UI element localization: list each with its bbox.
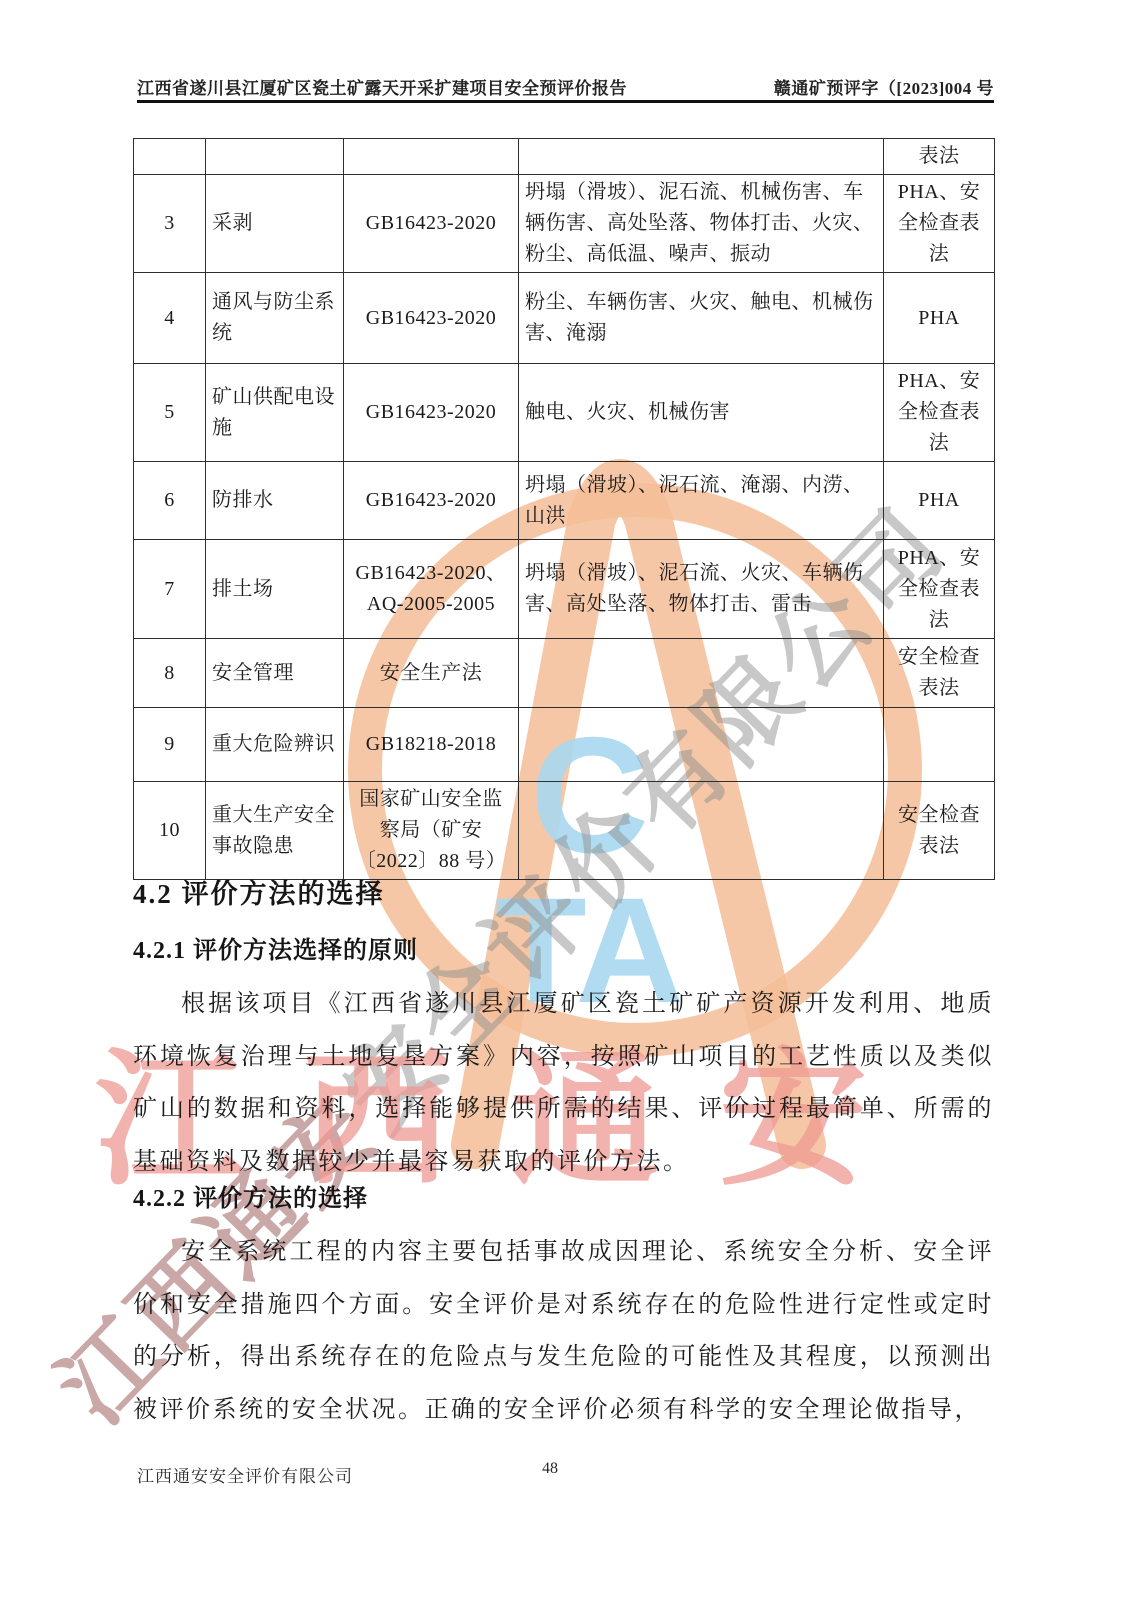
table-row: 7 排土场 GB16423-2020、AQ-2005-2005 坍塌（滑坡）、泥… <box>134 540 995 639</box>
table-cell: 8 <box>134 639 206 708</box>
table-cell: 采剥 <box>206 175 344 273</box>
hazard-evaluation-table: 表法 3 采剥 GB16423-2020 坍塌（滑坡）、泥石流、机械伤害、车辆伤… <box>133 138 995 880</box>
table-cell: 防排水 <box>206 462 344 540</box>
table-cell: 表法 <box>884 139 995 175</box>
table-cell: PHA、安全检查表法 <box>884 175 995 273</box>
table-row: 6 防排水 GB16423-2020 坍塌（滑坡）、泥石流、淹溺、内涝、山洪 P… <box>134 462 995 540</box>
table-cell: PHA、安全检查表法 <box>884 364 995 462</box>
paragraph-4-2-2: 安全系统工程的内容主要包括事故成因理论、系统安全分析、安全评价和安全措施四个方面… <box>133 1226 994 1436</box>
table-cell: 4 <box>134 273 206 364</box>
table-cell <box>519 139 884 175</box>
table-cell: 9 <box>134 708 206 782</box>
table-cell: 重大危险辨识 <box>206 708 344 782</box>
page-number: 48 <box>0 1460 1100 1478</box>
table-cell: 6 <box>134 462 206 540</box>
table-row: 3 采剥 GB16423-2020 坍塌（滑坡）、泥石流、机械伤害、车辆伤害、高… <box>134 175 995 273</box>
table-cell <box>519 708 884 782</box>
section-heading-4-2-1: 4.2.1 评价方法选择的原则 <box>133 930 418 965</box>
table-cell: 5 <box>134 364 206 462</box>
table-cell: PHA <box>884 273 995 364</box>
table-cell: 国家矿山安全监察局（矿安〔2022〕88 号） <box>344 782 519 880</box>
paragraph-4-2-1: 根据该项目《江西省遂川县江厦矿区瓷土矿矿产资源开发利用、地质环境恢复治理与土地复… <box>133 978 994 1188</box>
table-row: 表法 <box>134 139 995 175</box>
document-page: C TA 江西通安安全评价有限公司 江西通安 江西省遂川县江厦矿区瓷土矿露天开采… <box>0 0 1131 1600</box>
table-cell: 安全检查表法 <box>884 782 995 880</box>
page-content: 江西省遂川县江厦矿区瓷土矿露天开采扩建项目安全预评价报告 赣通矿预评字（[202… <box>0 0 1131 1600</box>
table-cell: 粉尘、车辆伤害、火灾、触电、机械伤害、淹溺 <box>519 273 884 364</box>
section-heading-4-2-2: 4.2.2 评价方法的选择 <box>133 1178 368 1213</box>
table-cell: 重大生产安全事故隐患 <box>206 782 344 880</box>
table-cell: PHA、安全检查表法 <box>884 540 995 639</box>
table-cell: 排土场 <box>206 540 344 639</box>
table-cell: 坍塌（滑坡）、泥石流、火灾、车辆伤害、高处坠落、物体打击、雷击 <box>519 540 884 639</box>
table-cell: 安全管理 <box>206 639 344 708</box>
table-cell: GB16423-2020 <box>344 175 519 273</box>
table-cell: PHA <box>884 462 995 540</box>
table-cell <box>206 139 344 175</box>
table-row: 4 通风与防尘系统 GB16423-2020 粉尘、车辆伤害、火灾、触电、机械伤… <box>134 273 995 364</box>
table-cell: GB16423-2020 <box>344 364 519 462</box>
table-cell <box>519 639 884 708</box>
table-cell: GB18218-2018 <box>344 708 519 782</box>
table-cell: 3 <box>134 175 206 273</box>
table-cell: 7 <box>134 540 206 639</box>
table-cell: 坍塌（滑坡）、泥石流、机械伤害、车辆伤害、高处坠落、物体打击、火灾、粉尘、高低温… <box>519 175 884 273</box>
header-document-number: 赣通矿预评字（[2023]004 号 <box>774 74 994 99</box>
table-row: 8 安全管理 安全生产法 安全检查表法 <box>134 639 995 708</box>
section-heading-4-2: 4.2 评价方法的选择 <box>133 872 385 911</box>
header-rule <box>137 100 994 103</box>
table-cell: 10 <box>134 782 206 880</box>
table-cell: GB16423-2020、AQ-2005-2005 <box>344 540 519 639</box>
table-cell: 坍塌（滑坡）、泥石流、淹溺、内涝、山洪 <box>519 462 884 540</box>
table-cell: 安全检查表法 <box>884 639 995 708</box>
table-cell: GB16423-2020 <box>344 462 519 540</box>
page-header: 江西省遂川县江厦矿区瓷土矿露天开采扩建项目安全预评价报告 赣通矿预评字（[202… <box>137 74 994 99</box>
table-cell <box>519 782 884 880</box>
table-row: 9 重大危险辨识 GB18218-2018 <box>134 708 995 782</box>
table-cell: 触电、火灾、机械伤害 <box>519 364 884 462</box>
header-report-title: 江西省遂川县江厦矿区瓷土矿露天开采扩建项目安全预评价报告 <box>137 74 627 99</box>
table-cell: 通风与防尘系统 <box>206 273 344 364</box>
table-cell: GB16423-2020 <box>344 273 519 364</box>
table-row: 10 重大生产安全事故隐患 国家矿山安全监察局（矿安〔2022〕88 号） 安全… <box>134 782 995 880</box>
table-cell: 安全生产法 <box>344 639 519 708</box>
table-cell <box>884 708 995 782</box>
table-cell: 矿山供配电设施 <box>206 364 344 462</box>
table-cell <box>344 139 519 175</box>
table-cell <box>134 139 206 175</box>
table-row: 5 矿山供配电设施 GB16423-2020 触电、火灾、机械伤害 PHA、安全… <box>134 364 995 462</box>
